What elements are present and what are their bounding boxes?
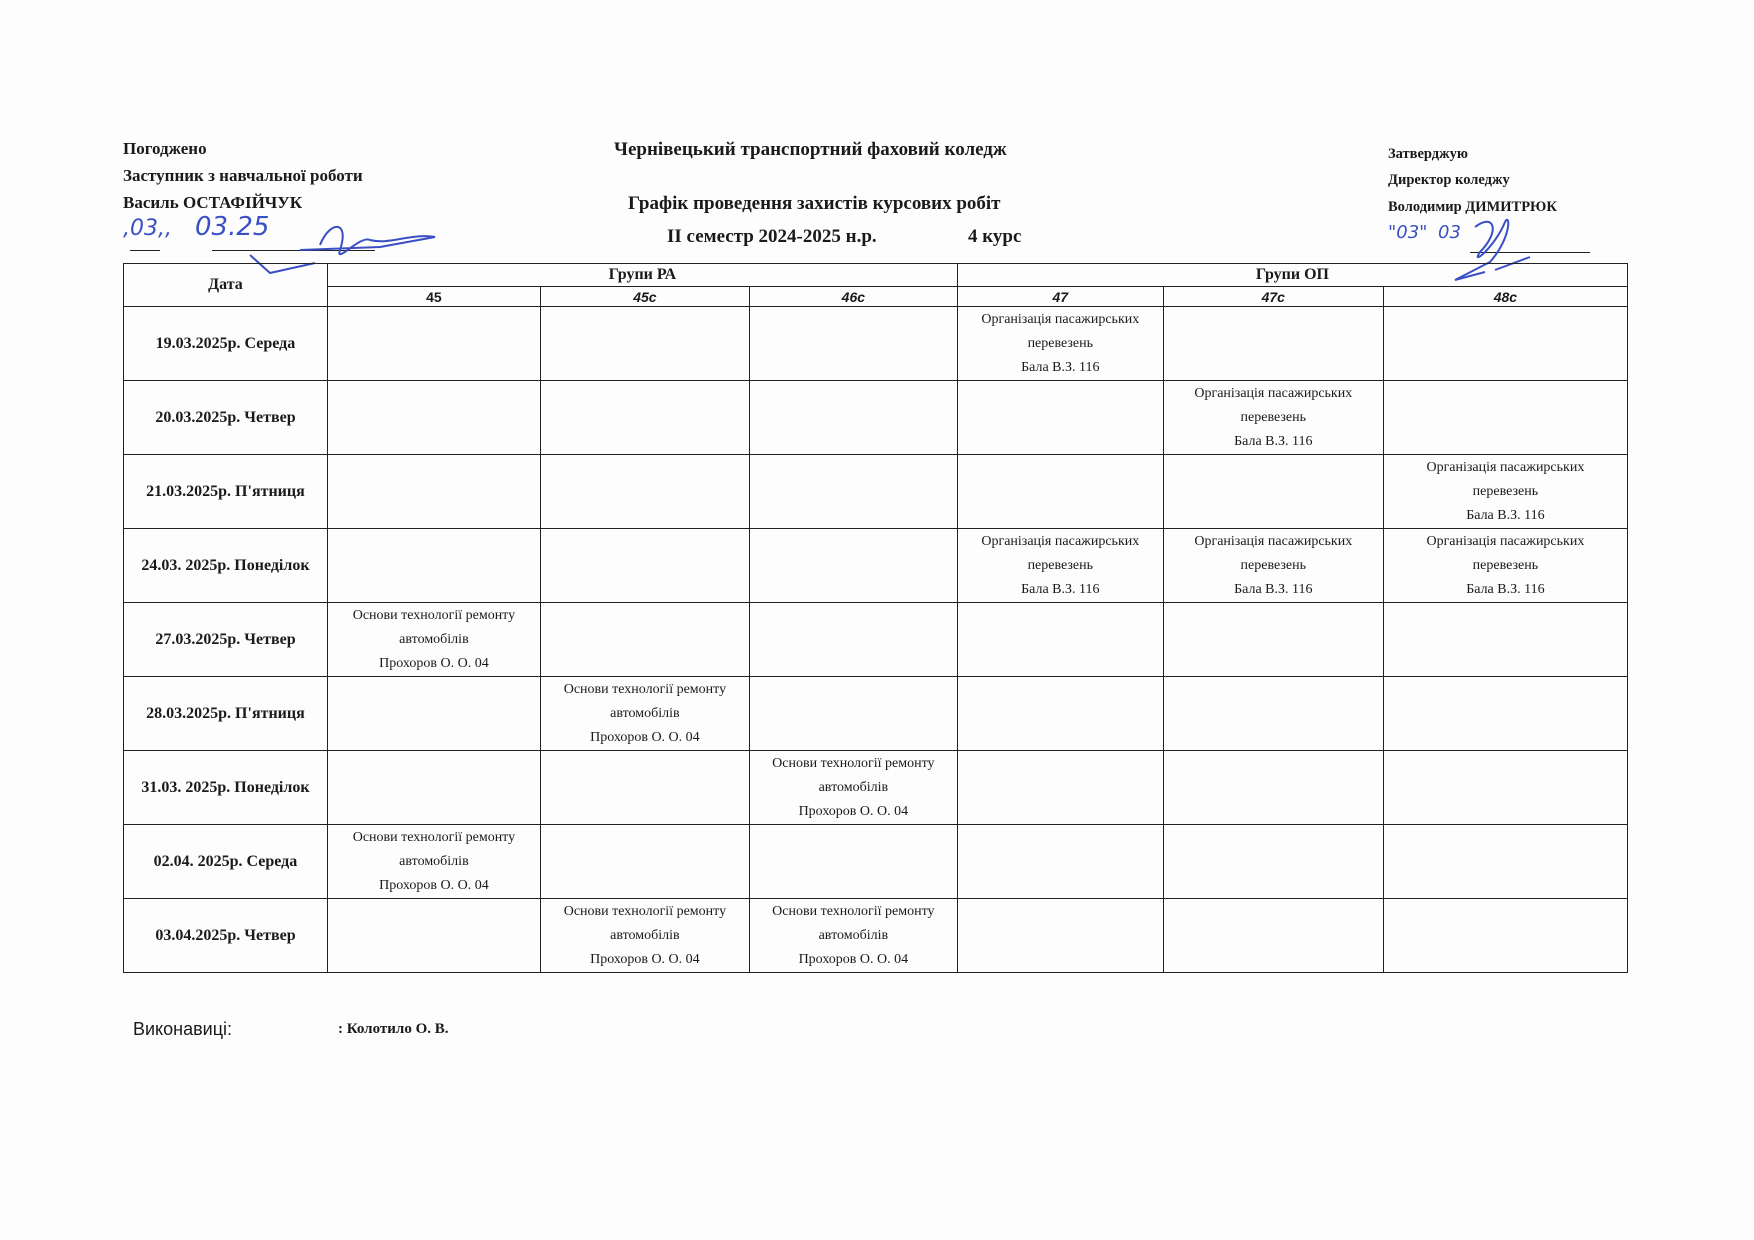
cell-line: автомобілів (750, 924, 957, 948)
empty-cell (957, 455, 1163, 529)
defense-entry-cell: Основи технології ремонтуавтомобілівПрох… (540, 677, 749, 751)
cell-line: Бала В.З. 116 (958, 578, 1163, 602)
empty-cell (540, 751, 749, 825)
empty-cell (749, 603, 957, 677)
defense-entry-cell: Організація пасажирськихперевезеньБала В… (1163, 529, 1383, 603)
cell-line: перевезень (1384, 480, 1627, 504)
cell-line: Бала В.З. 116 (958, 356, 1163, 380)
approval-left-date-day: ,03,, (123, 216, 172, 241)
empty-cell (957, 751, 1163, 825)
column-header: 47 (957, 287, 1163, 307)
cell-line: Прохоров О. О. 04 (328, 652, 540, 676)
cell-line: Бала В.З. 116 (1164, 430, 1383, 454)
cell-line: Прохоров О. О. 04 (541, 726, 749, 750)
table-row: 20.03.2025р. ЧетверОрганізація пасажирсь… (124, 381, 1628, 455)
approval-left-name: Василь ОСТАФІЙЧУК (123, 193, 302, 213)
cell-line: перевезень (1384, 554, 1627, 578)
table-row: 21.03.2025р. П'ятницяОрганізація пасажир… (124, 455, 1628, 529)
cell-line: Бала В.З. 116 (1384, 578, 1627, 602)
empty-cell (327, 677, 540, 751)
cell-line: Прохоров О. О. 04 (750, 948, 957, 972)
cell-line: автомобілів (328, 628, 540, 652)
empty-cell (957, 603, 1163, 677)
approval-left-label: Погоджено (123, 139, 207, 159)
date-cell: 03.04.2025р. Четвер (124, 899, 328, 973)
date-cell: 19.03.2025р. Середа (124, 307, 328, 381)
cell-line: Організація пасажирських (1164, 530, 1383, 554)
empty-cell (327, 307, 540, 381)
defense-entry-cell: Основи технології ремонтуавтомобілівПрох… (327, 603, 540, 677)
defense-entry-cell: Основи технології ремонтуавтомобілівПрох… (540, 899, 749, 973)
semester-label: ІІ семестр 2024-2025 н.р. (667, 226, 877, 248)
cell-line: Основи технології ремонту (750, 900, 957, 924)
column-header: 45с (540, 287, 749, 307)
column-header: 48с (1383, 287, 1627, 307)
performers-label: Виконавиці: (133, 1019, 232, 1040)
cell-line: Бала В.З. 116 (1164, 578, 1383, 602)
empty-cell (749, 529, 957, 603)
date-cell: 31.03. 2025р. Понеділок (124, 751, 328, 825)
empty-cell (1383, 751, 1627, 825)
empty-cell (540, 455, 749, 529)
empty-cell (1383, 603, 1627, 677)
empty-cell (957, 825, 1163, 899)
schedule-table: Дата Групи РА Групи ОП 45 45с 46с 47 47с… (123, 263, 1628, 973)
table-row: 19.03.2025р. СередаОрганізація пасажирсь… (124, 307, 1628, 381)
cell-line: Організація пасажирських (958, 530, 1163, 554)
cell-line: перевезень (1164, 406, 1383, 430)
empty-cell (1383, 381, 1627, 455)
defense-entry-cell: Організація пасажирськихперевезеньБала В… (1163, 381, 1383, 455)
defense-entry-cell: Організація пасажирськихперевезеньБала В… (1383, 455, 1627, 529)
date-column-header: Дата (124, 264, 328, 307)
empty-cell (327, 751, 540, 825)
group-ra-header: Групи РА (327, 264, 957, 287)
empty-cell (1163, 603, 1383, 677)
empty-cell (1383, 677, 1627, 751)
empty-cell (749, 307, 957, 381)
document-title: Графік проведення захистів курсових робі… (628, 193, 1001, 215)
cell-line: Організація пасажирських (1164, 382, 1383, 406)
empty-cell (1383, 307, 1627, 381)
date-cell: 27.03.2025р. Четвер (124, 603, 328, 677)
defense-entry-cell: Основи технології ремонтуавтомобілівПрох… (327, 825, 540, 899)
empty-cell (327, 381, 540, 455)
performer-name: : Колотило О. В. (338, 1021, 449, 1038)
date-cell: 02.04. 2025р. Середа (124, 825, 328, 899)
cell-line: Прохоров О. О. 04 (541, 948, 749, 972)
empty-cell (540, 307, 749, 381)
empty-cell (327, 529, 540, 603)
column-header: 46с (749, 287, 957, 307)
cell-line: Організація пасажирських (958, 308, 1163, 332)
approval-right-position: Директор коледжу (1388, 172, 1510, 189)
cell-line: автомобілів (750, 776, 957, 800)
empty-cell (749, 677, 957, 751)
cell-line: перевезень (958, 332, 1163, 356)
empty-cell (749, 381, 957, 455)
date-cell: 24.03. 2025р. Понеділок (124, 529, 328, 603)
defense-entry-cell: Основи технології ремонтуавтомобілівПрох… (749, 899, 957, 973)
empty-cell (540, 381, 749, 455)
date-cell: 21.03.2025р. П'ятниця (124, 455, 328, 529)
cell-line: Основи технології ремонту (328, 604, 540, 628)
approval-left-position: Заступник з навчальної роботи (123, 166, 363, 186)
table-row: 02.04. 2025р. СередаОснови технології ре… (124, 825, 1628, 899)
empty-cell (1163, 899, 1383, 973)
empty-cell (327, 455, 540, 529)
table-row: 27.03.2025р. ЧетверОснови технології рем… (124, 603, 1628, 677)
course-label: 4 курс (968, 226, 1021, 248)
cell-line: Прохоров О. О. 04 (328, 874, 540, 898)
empty-cell (749, 825, 957, 899)
date-cell: 20.03.2025р. Четвер (124, 381, 328, 455)
date-cell: 28.03.2025р. П'ятниця (124, 677, 328, 751)
empty-cell (1163, 307, 1383, 381)
empty-cell (957, 381, 1163, 455)
date-underline (130, 250, 160, 251)
empty-cell (749, 455, 957, 529)
cell-line: перевезень (958, 554, 1163, 578)
cell-line: Організація пасажирських (1384, 530, 1627, 554)
empty-cell (327, 899, 540, 973)
defense-entry-cell: Організація пасажирськихперевезеньБала В… (957, 307, 1163, 381)
defense-entry-cell: Організація пасажирськихперевезеньБала В… (957, 529, 1163, 603)
table-row: 24.03. 2025р. ПонеділокОрганізація пасаж… (124, 529, 1628, 603)
cell-line: автомобілів (328, 850, 540, 874)
approval-right-label: Затверджую (1388, 146, 1468, 163)
empty-cell (957, 677, 1163, 751)
cell-line: Основи технології ремонту (541, 900, 749, 924)
empty-cell (1163, 455, 1383, 529)
cell-line: перевезень (1164, 554, 1383, 578)
empty-cell (957, 899, 1163, 973)
column-header: 45 (327, 287, 540, 307)
cell-line: Прохоров О. О. 04 (750, 800, 957, 824)
empty-cell (540, 529, 749, 603)
cell-line: Основи технології ремонту (541, 678, 749, 702)
defense-entry-cell: Основи технології ремонтуавтомобілівПрох… (749, 751, 957, 825)
defense-entry-cell: Організація пасажирськихперевезеньБала В… (1383, 529, 1627, 603)
institution-name: Чернівецький транспортний фаховий коледж (614, 139, 1007, 161)
cell-line: Організація пасажирських (1384, 456, 1627, 480)
table-row: 03.04.2025р. ЧетверОснови технології рем… (124, 899, 1628, 973)
column-header: 47с (1163, 287, 1383, 307)
cell-line: автомобілів (541, 702, 749, 726)
cell-line: автомобілів (541, 924, 749, 948)
group-op-header: Групи ОП (957, 264, 1627, 287)
cell-line: Основи технології ремонту (750, 752, 957, 776)
empty-cell (1383, 825, 1627, 899)
empty-cell (1163, 677, 1383, 751)
empty-cell (1383, 899, 1627, 973)
empty-cell (1163, 751, 1383, 825)
empty-cell (1163, 825, 1383, 899)
cell-line: Бала В.З. 116 (1384, 504, 1627, 528)
cell-line: Основи технології ремонту (328, 826, 540, 850)
empty-cell (540, 603, 749, 677)
table-row: 31.03. 2025р. ПонеділокОснови технології… (124, 751, 1628, 825)
empty-cell (540, 825, 749, 899)
table-row: 28.03.2025р. П'ятницяОснови технології р… (124, 677, 1628, 751)
approval-right-date-day: "03" (1388, 222, 1427, 243)
